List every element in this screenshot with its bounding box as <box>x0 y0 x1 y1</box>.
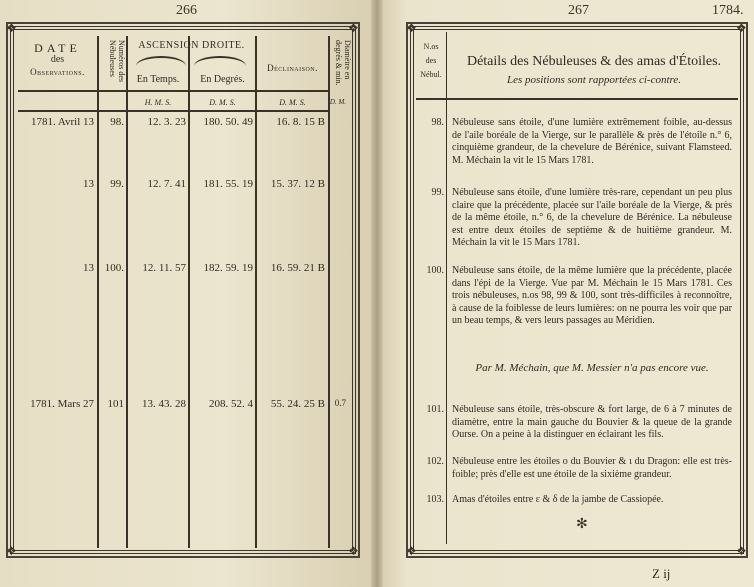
header-rule <box>416 98 738 100</box>
header-date: DATE des Observations. <box>18 42 97 78</box>
signature-mark: Z ij <box>652 566 670 582</box>
corner-ornament-icon: ❖ <box>348 22 360 34</box>
units-degres: D. M. S. <box>190 98 255 107</box>
table-row: 13 100. 12. 11. 57 182. 59. 19 16. 59. 2… <box>18 262 330 278</box>
units-temps: H. M. S. <box>128 98 188 107</box>
nebulae-positions-table: DATE des Observations. Numéros des Nébul… <box>18 36 330 548</box>
column-rule <box>255 36 257 548</box>
table-row: 1781. Mars 27 101 13. 43. 28 208. 52. 4 … <box>18 398 330 414</box>
column-rule <box>126 36 128 548</box>
fleuron-ornament-icon: ✻ <box>576 516 588 533</box>
header-num-nebul: N.os des Nébul. <box>416 40 446 82</box>
corner-ornament-icon: ❖ <box>6 22 18 34</box>
units-declinaison: D. M. S. <box>257 98 328 107</box>
column-rule <box>446 32 447 544</box>
header-numeros: Numéros des Nébuleuses <box>108 40 126 88</box>
column-rule <box>97 36 99 548</box>
section-note: Par M. Méchain, que M. Messier n'a pas e… <box>452 360 732 376</box>
details-subtitle: Les positions sont rapportées ci-contre. <box>450 74 738 86</box>
brace-left <box>136 56 186 66</box>
header-rule <box>18 90 330 92</box>
book-gutter <box>371 0 383 587</box>
page-number-left: 266 <box>176 3 197 19</box>
table-row: 13 99. 12. 7. 41 181. 55. 19 15. 37. 12 … <box>18 178 330 194</box>
corner-ornament-icon: ❖ <box>736 545 748 557</box>
header-ascension-droite: ASCENSION DROITE. <box>128 40 255 52</box>
column-rule <box>328 36 330 548</box>
column-rule <box>188 36 190 548</box>
header-diametre: Diamètre en degrés & min. <box>334 40 352 88</box>
page-number-right: 267 <box>568 3 589 19</box>
brace-right <box>194 56 246 66</box>
header-rule <box>18 110 330 112</box>
table-row: 1781. Avril 13 98. 12. 3. 23 180. 50. 49… <box>18 116 330 132</box>
corner-ornament-icon: ❖ <box>6 545 18 557</box>
corner-ornament-icon: ❖ <box>406 545 418 557</box>
header-declinaison: Déclinaison. <box>257 62 328 74</box>
header-en-degres: En Degrés. <box>190 74 255 86</box>
details-title: Détails des Nébuleuses & des amas d'Étoi… <box>450 54 738 70</box>
running-year: 1784. <box>712 3 744 19</box>
units-diametre: D. M. <box>329 98 347 106</box>
nebulae-details-panel: N.os des Nébul. Détails des Nébuleuses &… <box>416 32 738 544</box>
header-en-temps: En Temps. <box>128 74 188 86</box>
corner-ornament-icon: ❖ <box>348 545 360 557</box>
